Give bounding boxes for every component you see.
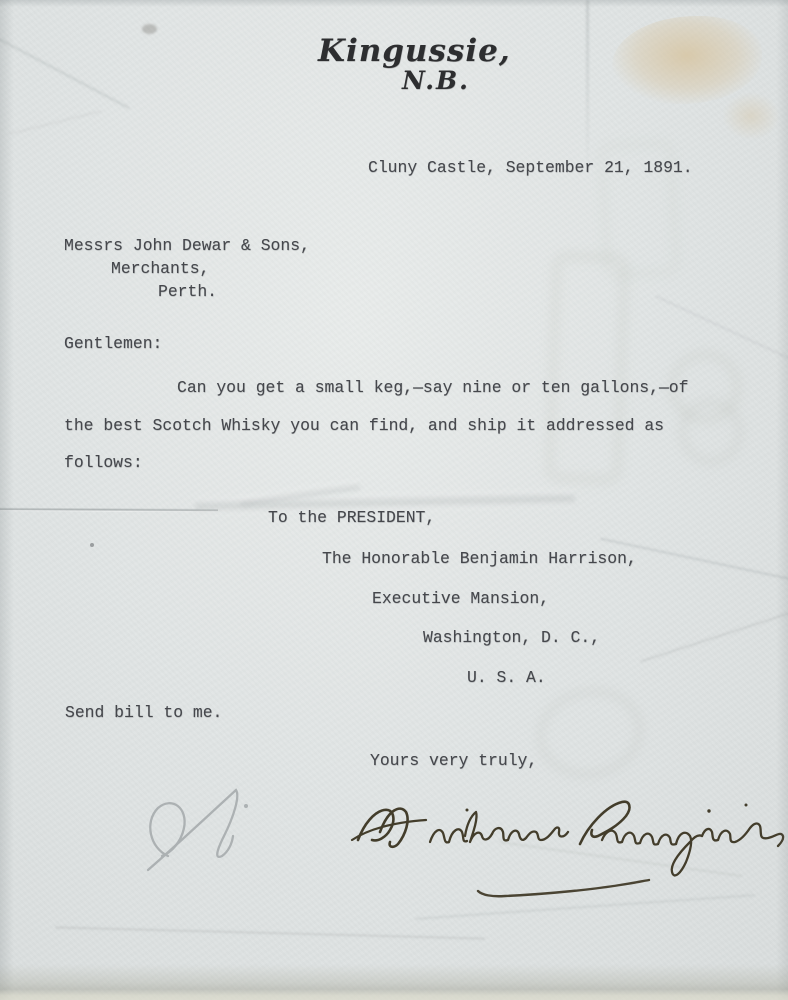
recipient-title: Merchants, (111, 261, 209, 277)
paper-speck (142, 24, 157, 34)
paper-crease (0, 37, 130, 109)
paper-stain (722, 92, 780, 140)
paper-crease (640, 603, 788, 662)
body-line: Can you get a small keg,—say nine or ten… (177, 380, 688, 396)
body-line: follows: (64, 455, 143, 471)
billing-instruction: Send bill to me. (65, 705, 222, 721)
ship-to-line: U. S. A. (467, 670, 546, 686)
paper-crease (9, 111, 101, 135)
closing: Yours very truly, (370, 753, 537, 769)
paper-stain (612, 16, 762, 104)
paper-speck (90, 543, 94, 547)
scan-edge-top (0, 0, 788, 7)
ship-to-line: To the PRESIDENT, (268, 510, 435, 526)
ship-to-line: The Honorable Benjamin Harrison, (322, 551, 637, 567)
scan-edge-right (776, 0, 788, 1000)
paper-crease (655, 295, 788, 367)
signature-underline (350, 780, 788, 910)
paper-crease (55, 926, 485, 939)
body-line: the best Scotch Whisky you can find, and… (64, 418, 664, 434)
recipient-city: Perth. (158, 284, 217, 300)
scan-edge-bottom (0, 964, 788, 1000)
scan-edge-left (0, 0, 14, 1000)
pencil-annotation (138, 784, 264, 876)
dateline: Cluny Castle, September 21, 1891. (368, 160, 693, 176)
show-through-mark (544, 251, 630, 486)
letter-scan: Kingussie, N.B. Cluny Castle, September … (0, 0, 788, 1000)
letterhead-region: N.B. (402, 66, 470, 95)
recipient-name: Messrs John Dewar & Sons, (64, 238, 310, 254)
salutation: Gentlemen: (64, 336, 162, 352)
paper-crease (240, 480, 360, 507)
letterhead-place: Kingussie, (318, 33, 511, 69)
paper-crease (586, 0, 589, 175)
ship-to-line: Washington, D. C., (423, 630, 600, 646)
ship-to-line: Executive Mansion, (372, 591, 549, 607)
show-through-mark (678, 398, 744, 466)
embossed-seal (528, 678, 652, 788)
fold-crease (0, 507, 218, 512)
